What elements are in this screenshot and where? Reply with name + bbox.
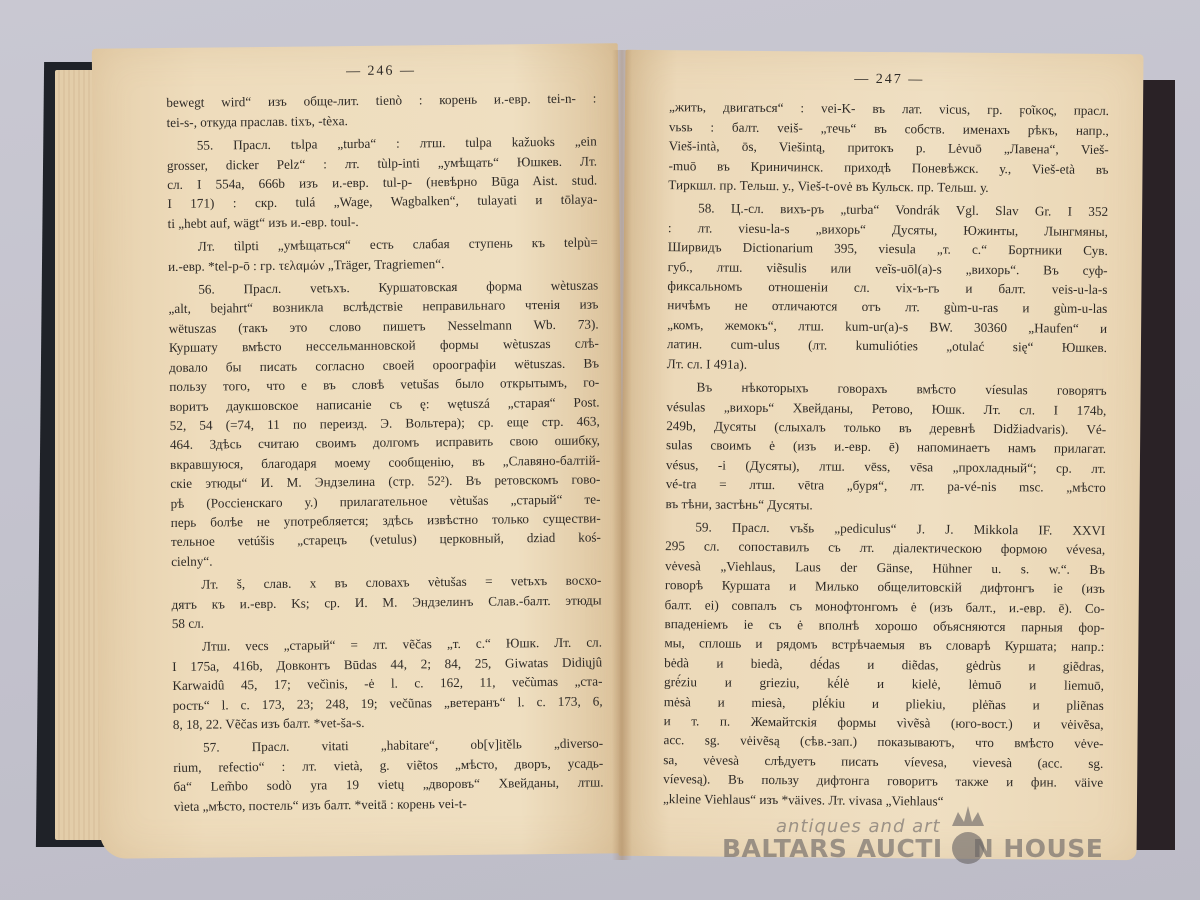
left-page-number: — 246 — [166,59,596,83]
book-gutter [612,50,632,860]
right-page-text: — 247 — „жить, двигаться“ : vei-K- въ ла… [663,96,1109,816]
text-line: въ тѣни, застѣнь“ Дусяты. [665,494,1105,517]
watermark-title-part1: BALTARS AUCTI [722,834,943,863]
auction-house-watermark: antiques and art BALTARS AUCTIN HOUSE [722,812,1122,872]
right-page-number: — 247 — [669,68,1109,91]
watermark-title-part2: N HOUSE [973,834,1104,863]
left-page-text: — 246 — bewegt wird“ изъ обще-лит. tienò… [166,103,603,819]
crown-and-circle-icon [948,804,988,870]
right-page-lines: „жить, двигаться“ : vei-K- въ лат. vicus… [663,98,1109,816]
watermark-title: BALTARS AUCTIN HOUSE [722,834,1103,863]
left-page: — 246 — bewegt wird“ изъ обще-лит. tienò… [92,43,626,858]
text-line: „kleine Viehlaus“ изъ *väives. Лт. vivas… [663,789,1103,812]
left-page-lines: bewegt wird“ изъ обще-лит. tienò : корен… [166,89,604,820]
text-line: Лт. сл. I 491a). [667,354,1107,377]
right-page: — 247 — „жить, двигаться“ : vei-K- въ ла… [618,50,1143,860]
